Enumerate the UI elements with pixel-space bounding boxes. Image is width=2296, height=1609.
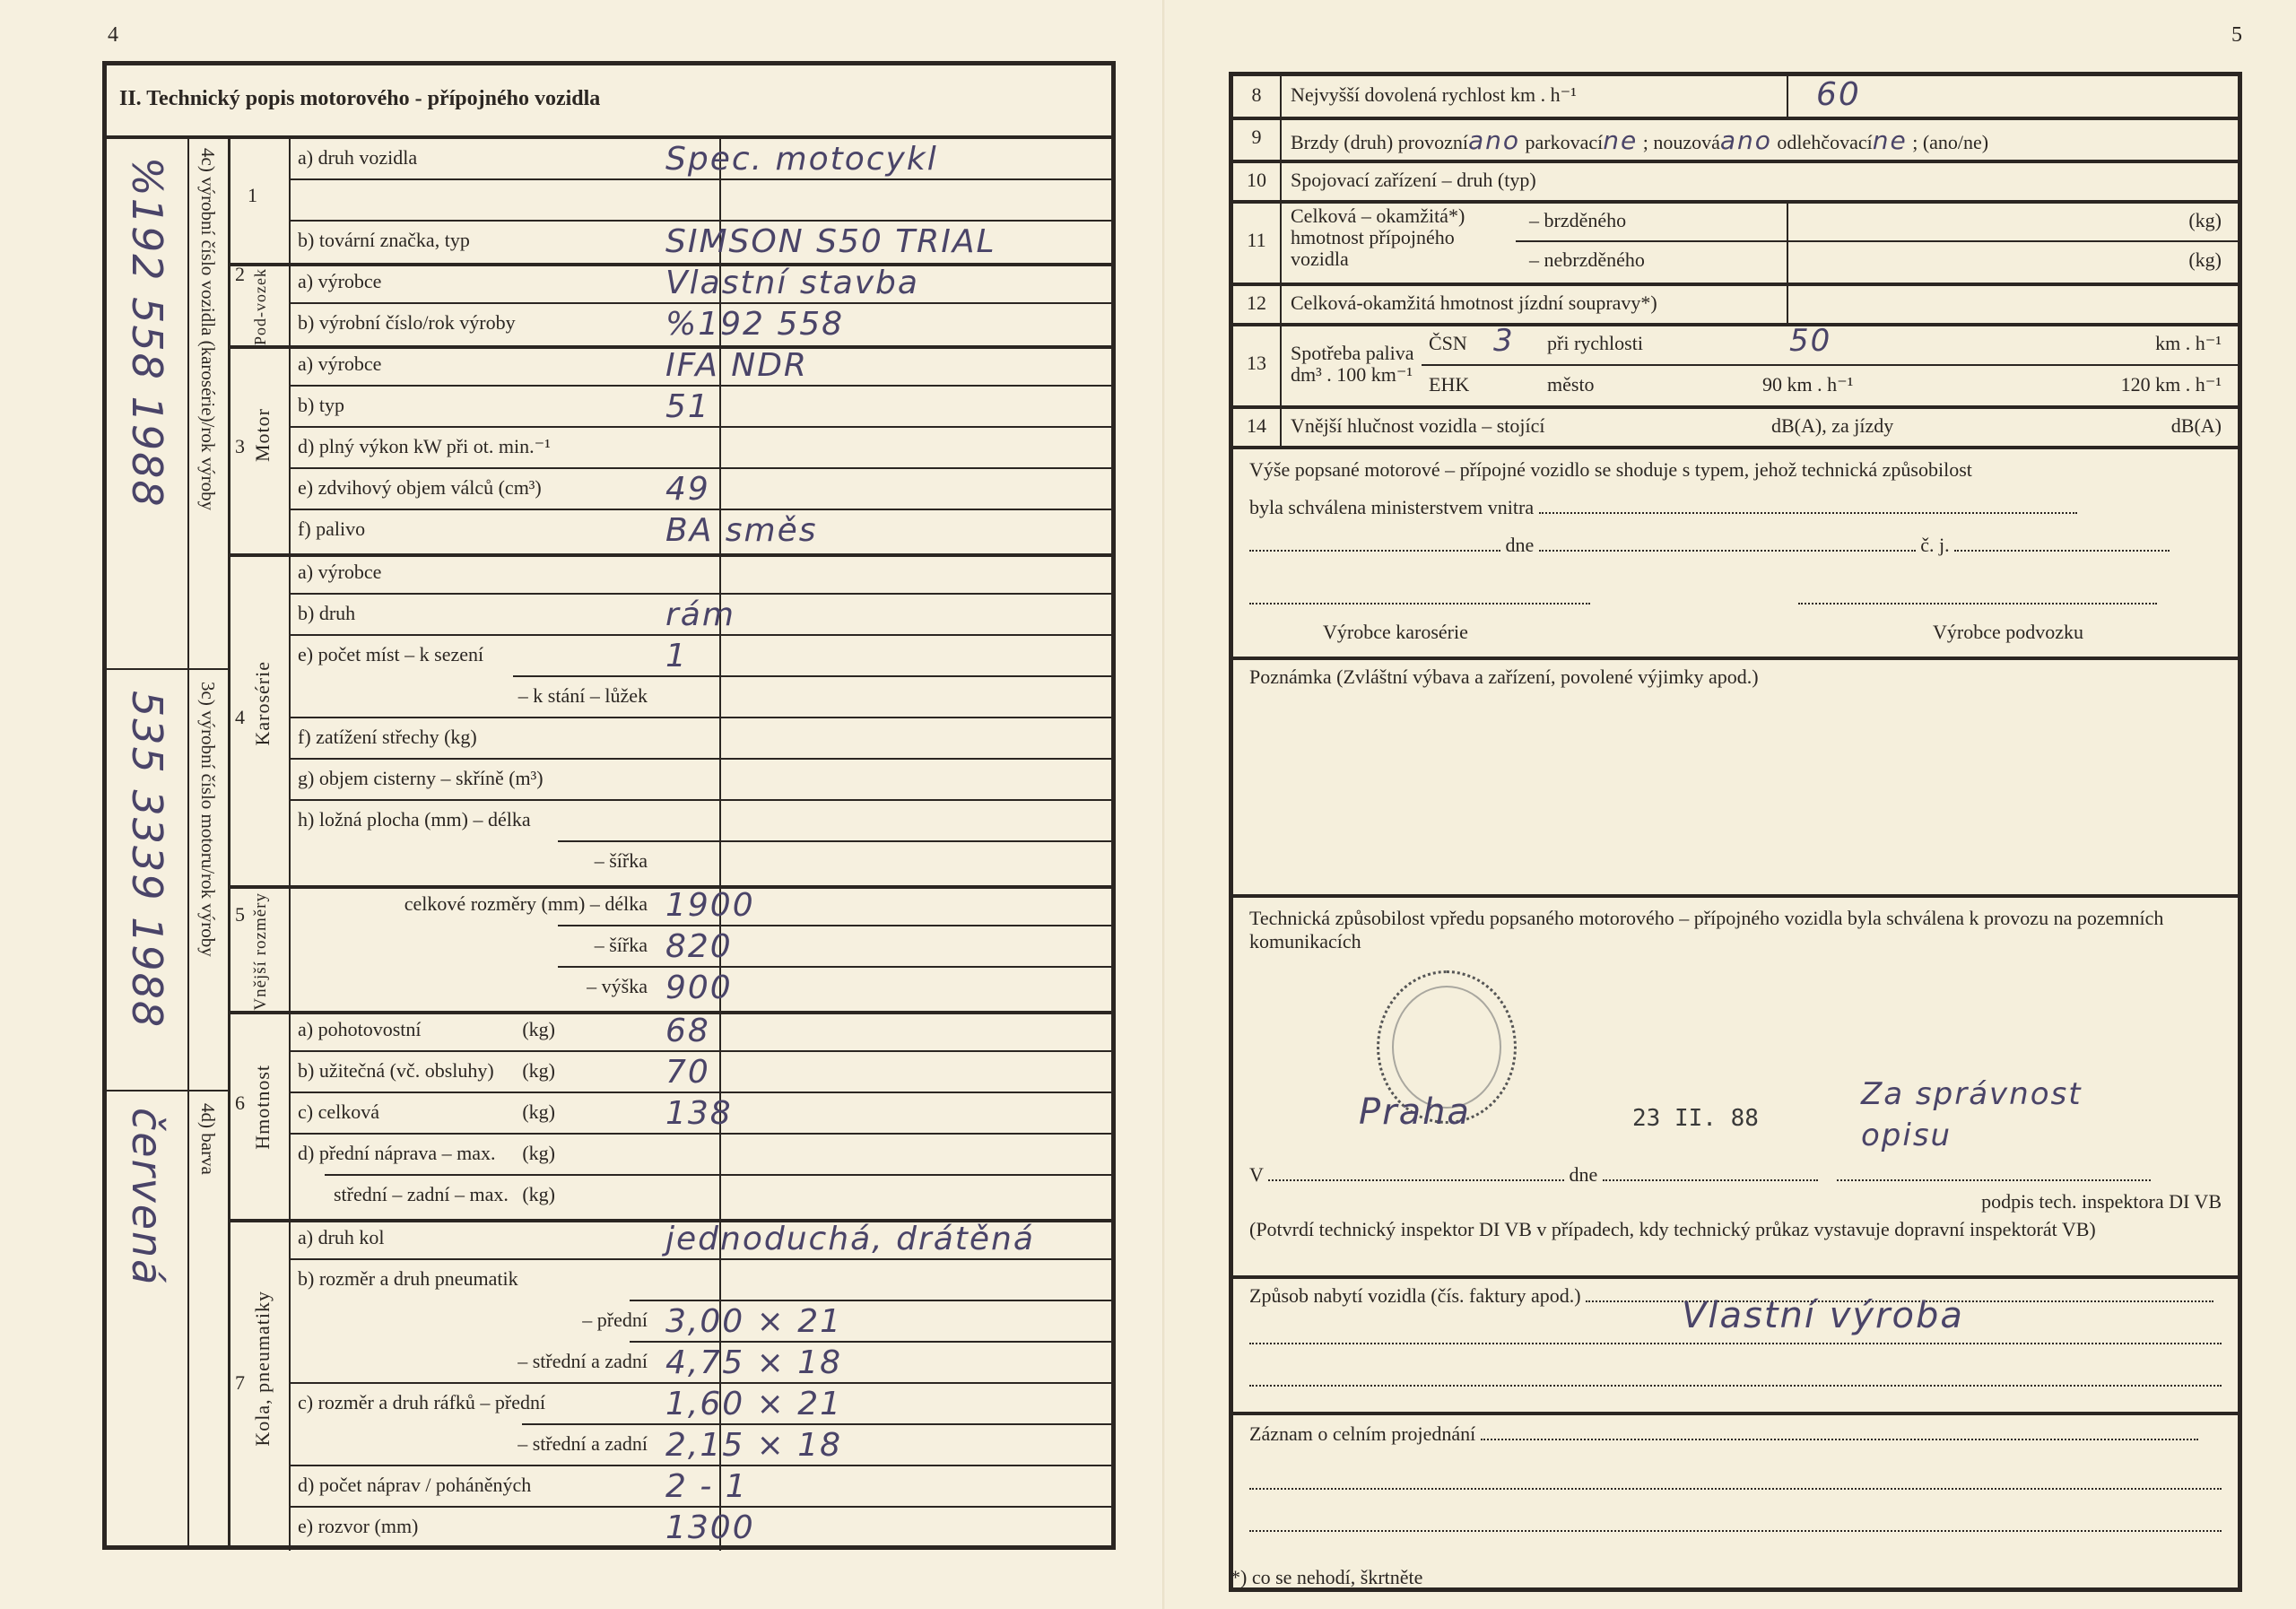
type-approval-block: Výše popsané motorové – přípojné vozidlo… (1233, 446, 2238, 660)
vehicle-type-value: Spec. motocykl (665, 141, 938, 178)
vehicle-serial-label: 4c) výrobní číslo vozidla (karosérie)/ro… (196, 148, 219, 510)
row-8-max-speed: 8 Nejvyšší dovolená rychlost km . h⁻¹ 60 (1233, 76, 2238, 120)
section-title: II. Technický popis motorového - přípojn… (107, 65, 1111, 139)
footnote: *) co se nehodí, škrtněte (1231, 1566, 1422, 1589)
row-13-fuel-consumption: 13 Spotřeba paliva dm³ . 100 km⁻¹ ČSN 3 … (1233, 323, 2238, 409)
make-type-value: SIMSON S50 TRIAL (665, 223, 996, 260)
section-6-weight: 6Hmotnost a) pohotovostní(kg)68 b) užite… (228, 1011, 1111, 1222)
acquisition-value: Vlastní výroba (1682, 1295, 1964, 1336)
date-stamp: 23 II. 88 (1632, 1105, 1759, 1132)
acquisition-block: Způsob nabytí vozidla (čís. faktury apod… (1233, 1275, 2238, 1415)
section-7-wheels: 7Kola, pneumatiky a) druh koljednoduchá,… (228, 1219, 1111, 1551)
technical-description-table: II. Technický popis motorového - přípojn… (102, 61, 1116, 1550)
note-block: Poznámka (Zvláštní výbava a zařízení, po… (1233, 657, 2238, 898)
color-label: 4d) barva (196, 1103, 219, 1175)
color-value: červená (123, 1108, 171, 1286)
row-11-trailer-weight: 11 Celková – okamžitá*) hmotnost přípojn… (1233, 200, 2238, 286)
section-4-body: 4Karosérie a) výrobce b) druhrám e) poče… (228, 553, 1111, 889)
technical-approval-table: 8 Nejvyšší dovolená rychlost km . h⁻¹ 60… (1229, 72, 2242, 1592)
section-2-chassis: 2Pod-vozek a) výrobceVlastní stavba b) v… (228, 263, 1111, 349)
page-number-right: 5 (2231, 23, 2242, 48)
left-page: 4 II. Technický popis motorového - přípo… (0, 0, 1166, 1609)
engine-serial-label: 3c) výrobní číslo motoru/rok výroby (196, 682, 219, 957)
sections: 1 a) druh vozidlaSpec. motocykl b) továr… (228, 139, 1111, 1545)
row-12-combination-weight: 12 Celková-okamžitá hmotnost jízdní soup… (1233, 283, 2238, 326)
body-manufacturer-label: Výrobce karosérie (1323, 621, 1468, 644)
inspector-signature-label: podpis tech. inspektora DI VB (1981, 1190, 2222, 1213)
section-5-dimensions: 5Vnější rozměry celkové rozměry (mm) – d… (228, 885, 1111, 1014)
chassis-manufacturer-label: Výrobce podvozku (1933, 621, 2083, 644)
section-1: 1 a) druh vozidlaSpec. motocykl b) továr… (228, 139, 1111, 266)
engine-serial-value: 535 3339 1988 (123, 691, 171, 1029)
place-value: Praha (1359, 1092, 1471, 1133)
technical-fitness-block: Technická způsobilost vpředu popsaného m… (1233, 894, 2238, 1279)
row-9-brakes: 9 Brzdy (druh) provozníano parkovacíne ;… (1233, 117, 2238, 163)
certified-copy-note: Za správnost opisu (1861, 1074, 2157, 1156)
row-10-coupling: 10 Spojovací zařízení – druh (typ) (1233, 160, 2238, 204)
customs-block: Záznam o celním projednání (1233, 1412, 2238, 1573)
section-3-motor: 3Motor a) výrobceIFA NDR b) typ51 d) pln… (228, 345, 1111, 557)
row-14-noise: 14 Vnější hlučnost vozidla – stojící dB(… (1233, 405, 2238, 449)
vehicle-serial-value: %192 558 1988 (123, 157, 171, 509)
page-number-left: 4 (108, 23, 118, 48)
